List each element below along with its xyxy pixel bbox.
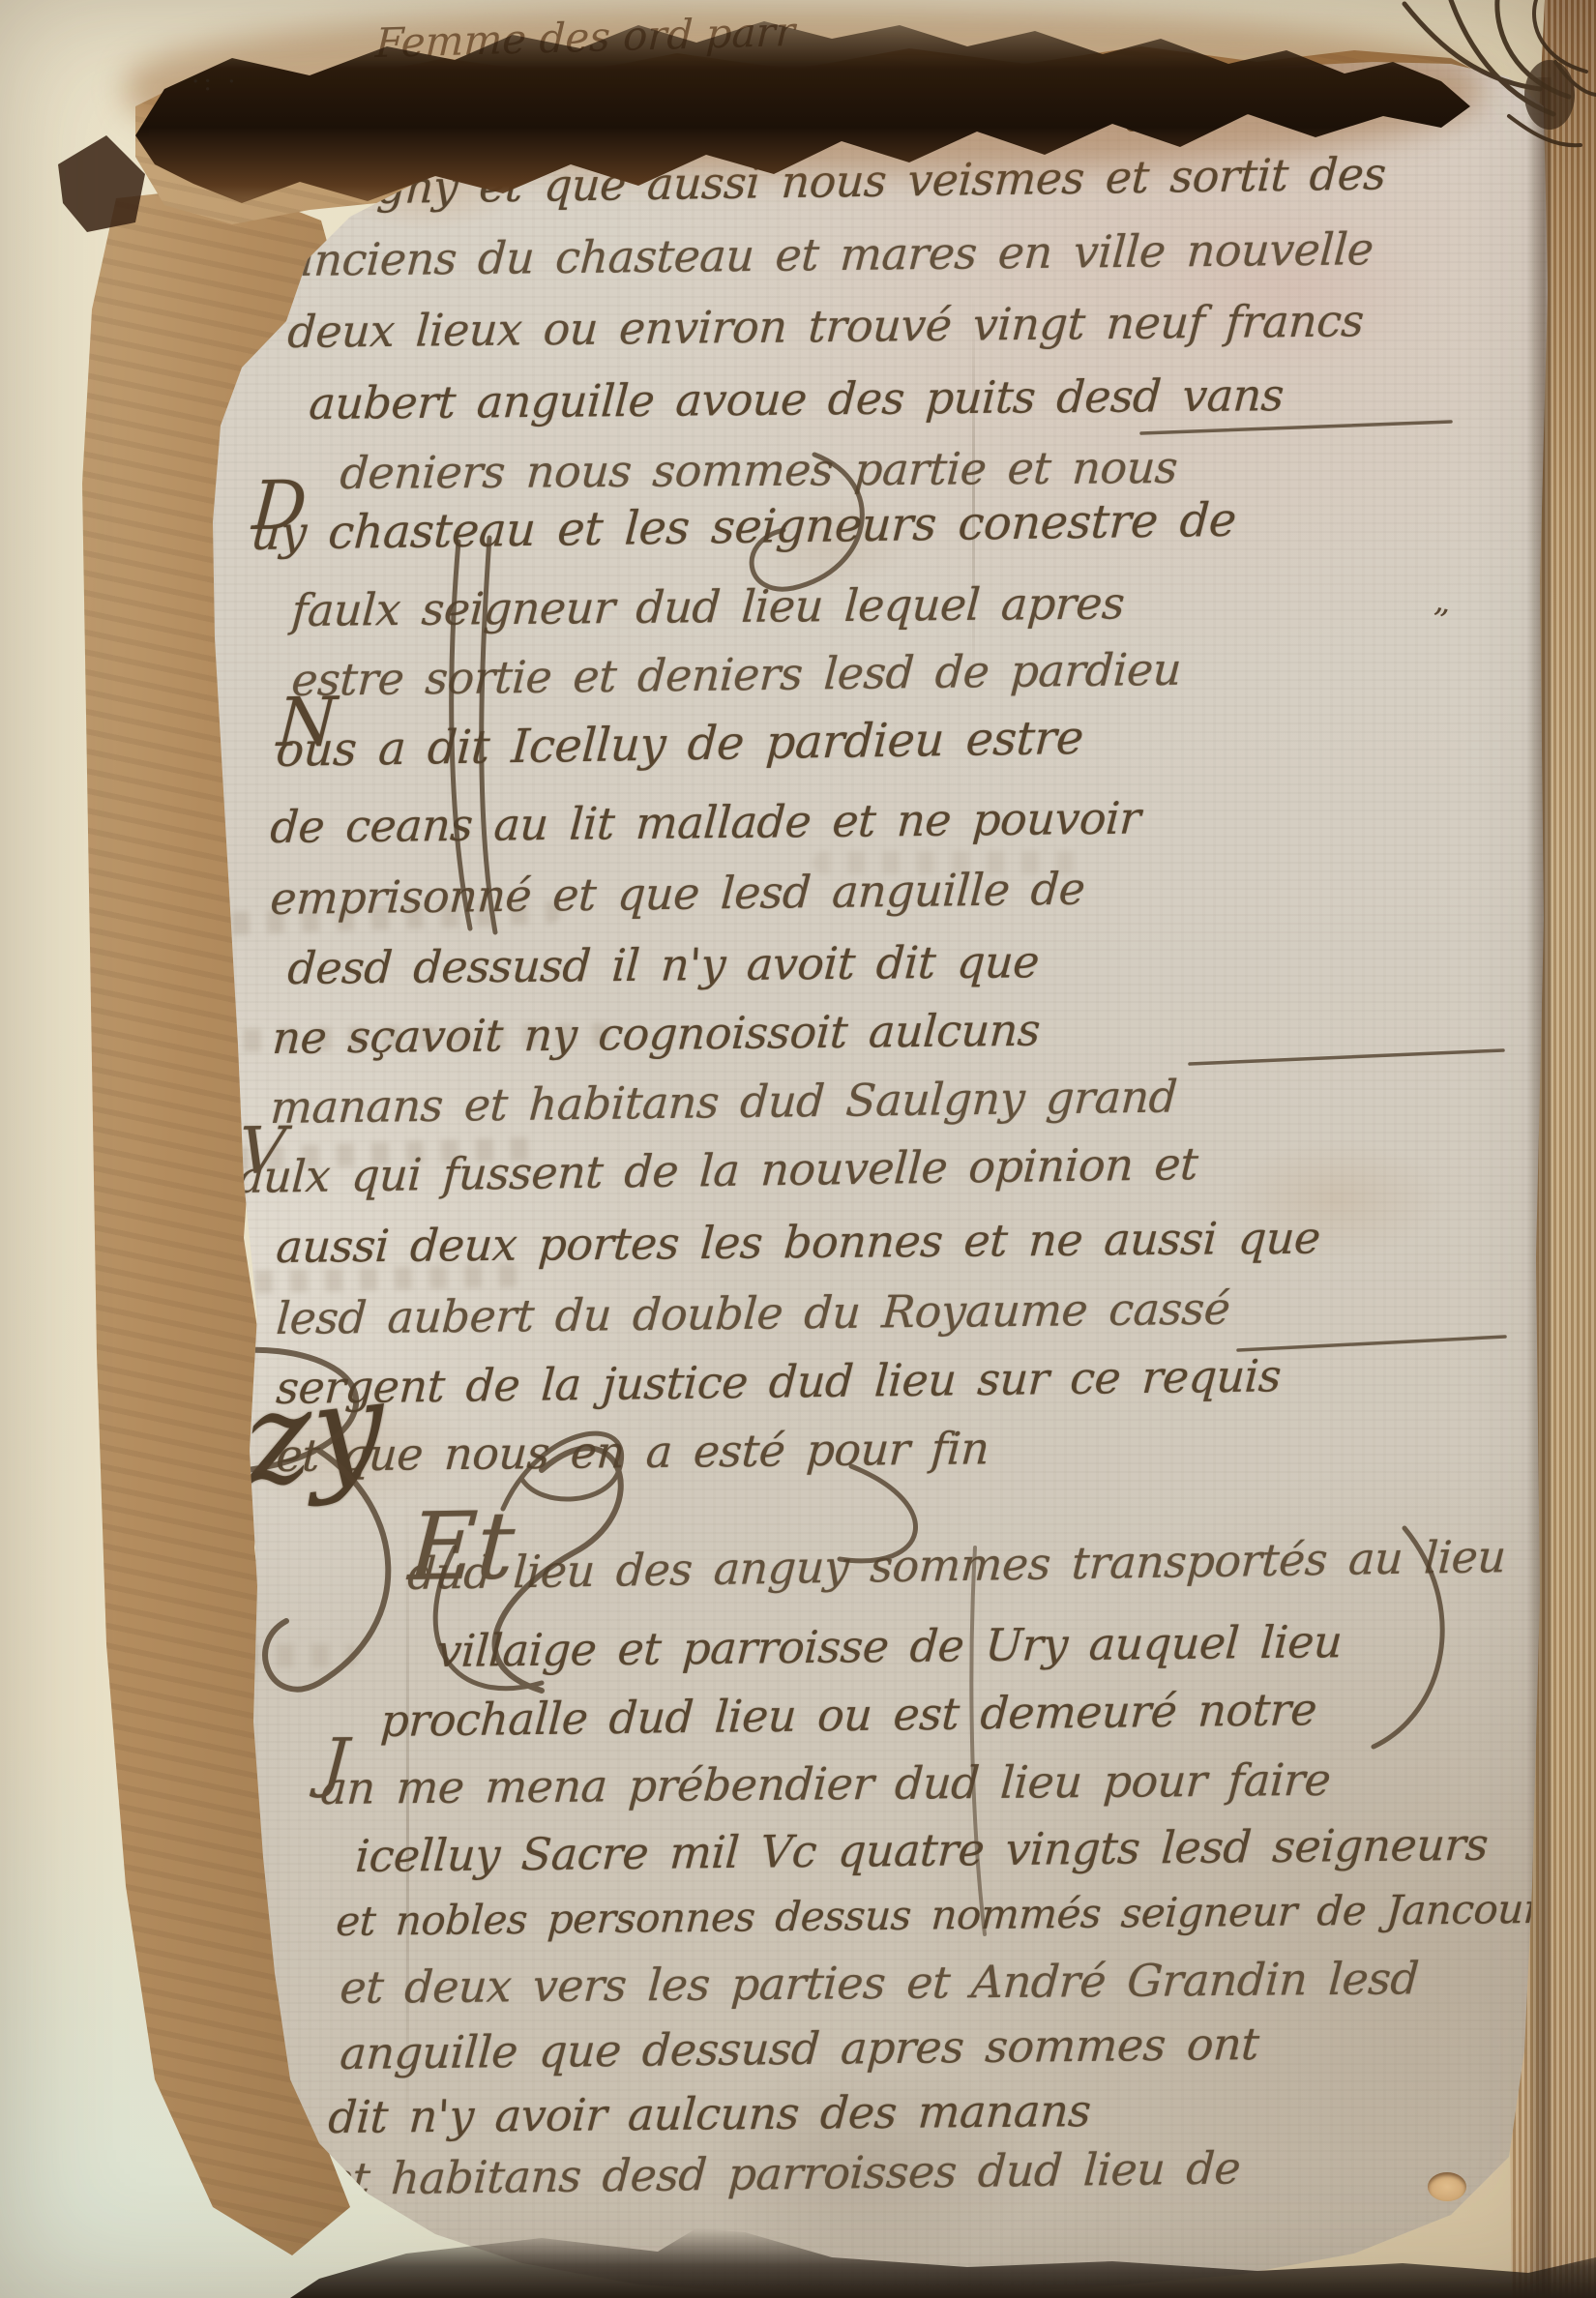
binding-threads [0,0,1596,232]
manuscript-photo: Femme des ord parr alleurent avec eulx l… [0,0,1596,2298]
page-gap-shadow [1526,77,1552,2298]
paper-hole [1428,2172,1466,2201]
